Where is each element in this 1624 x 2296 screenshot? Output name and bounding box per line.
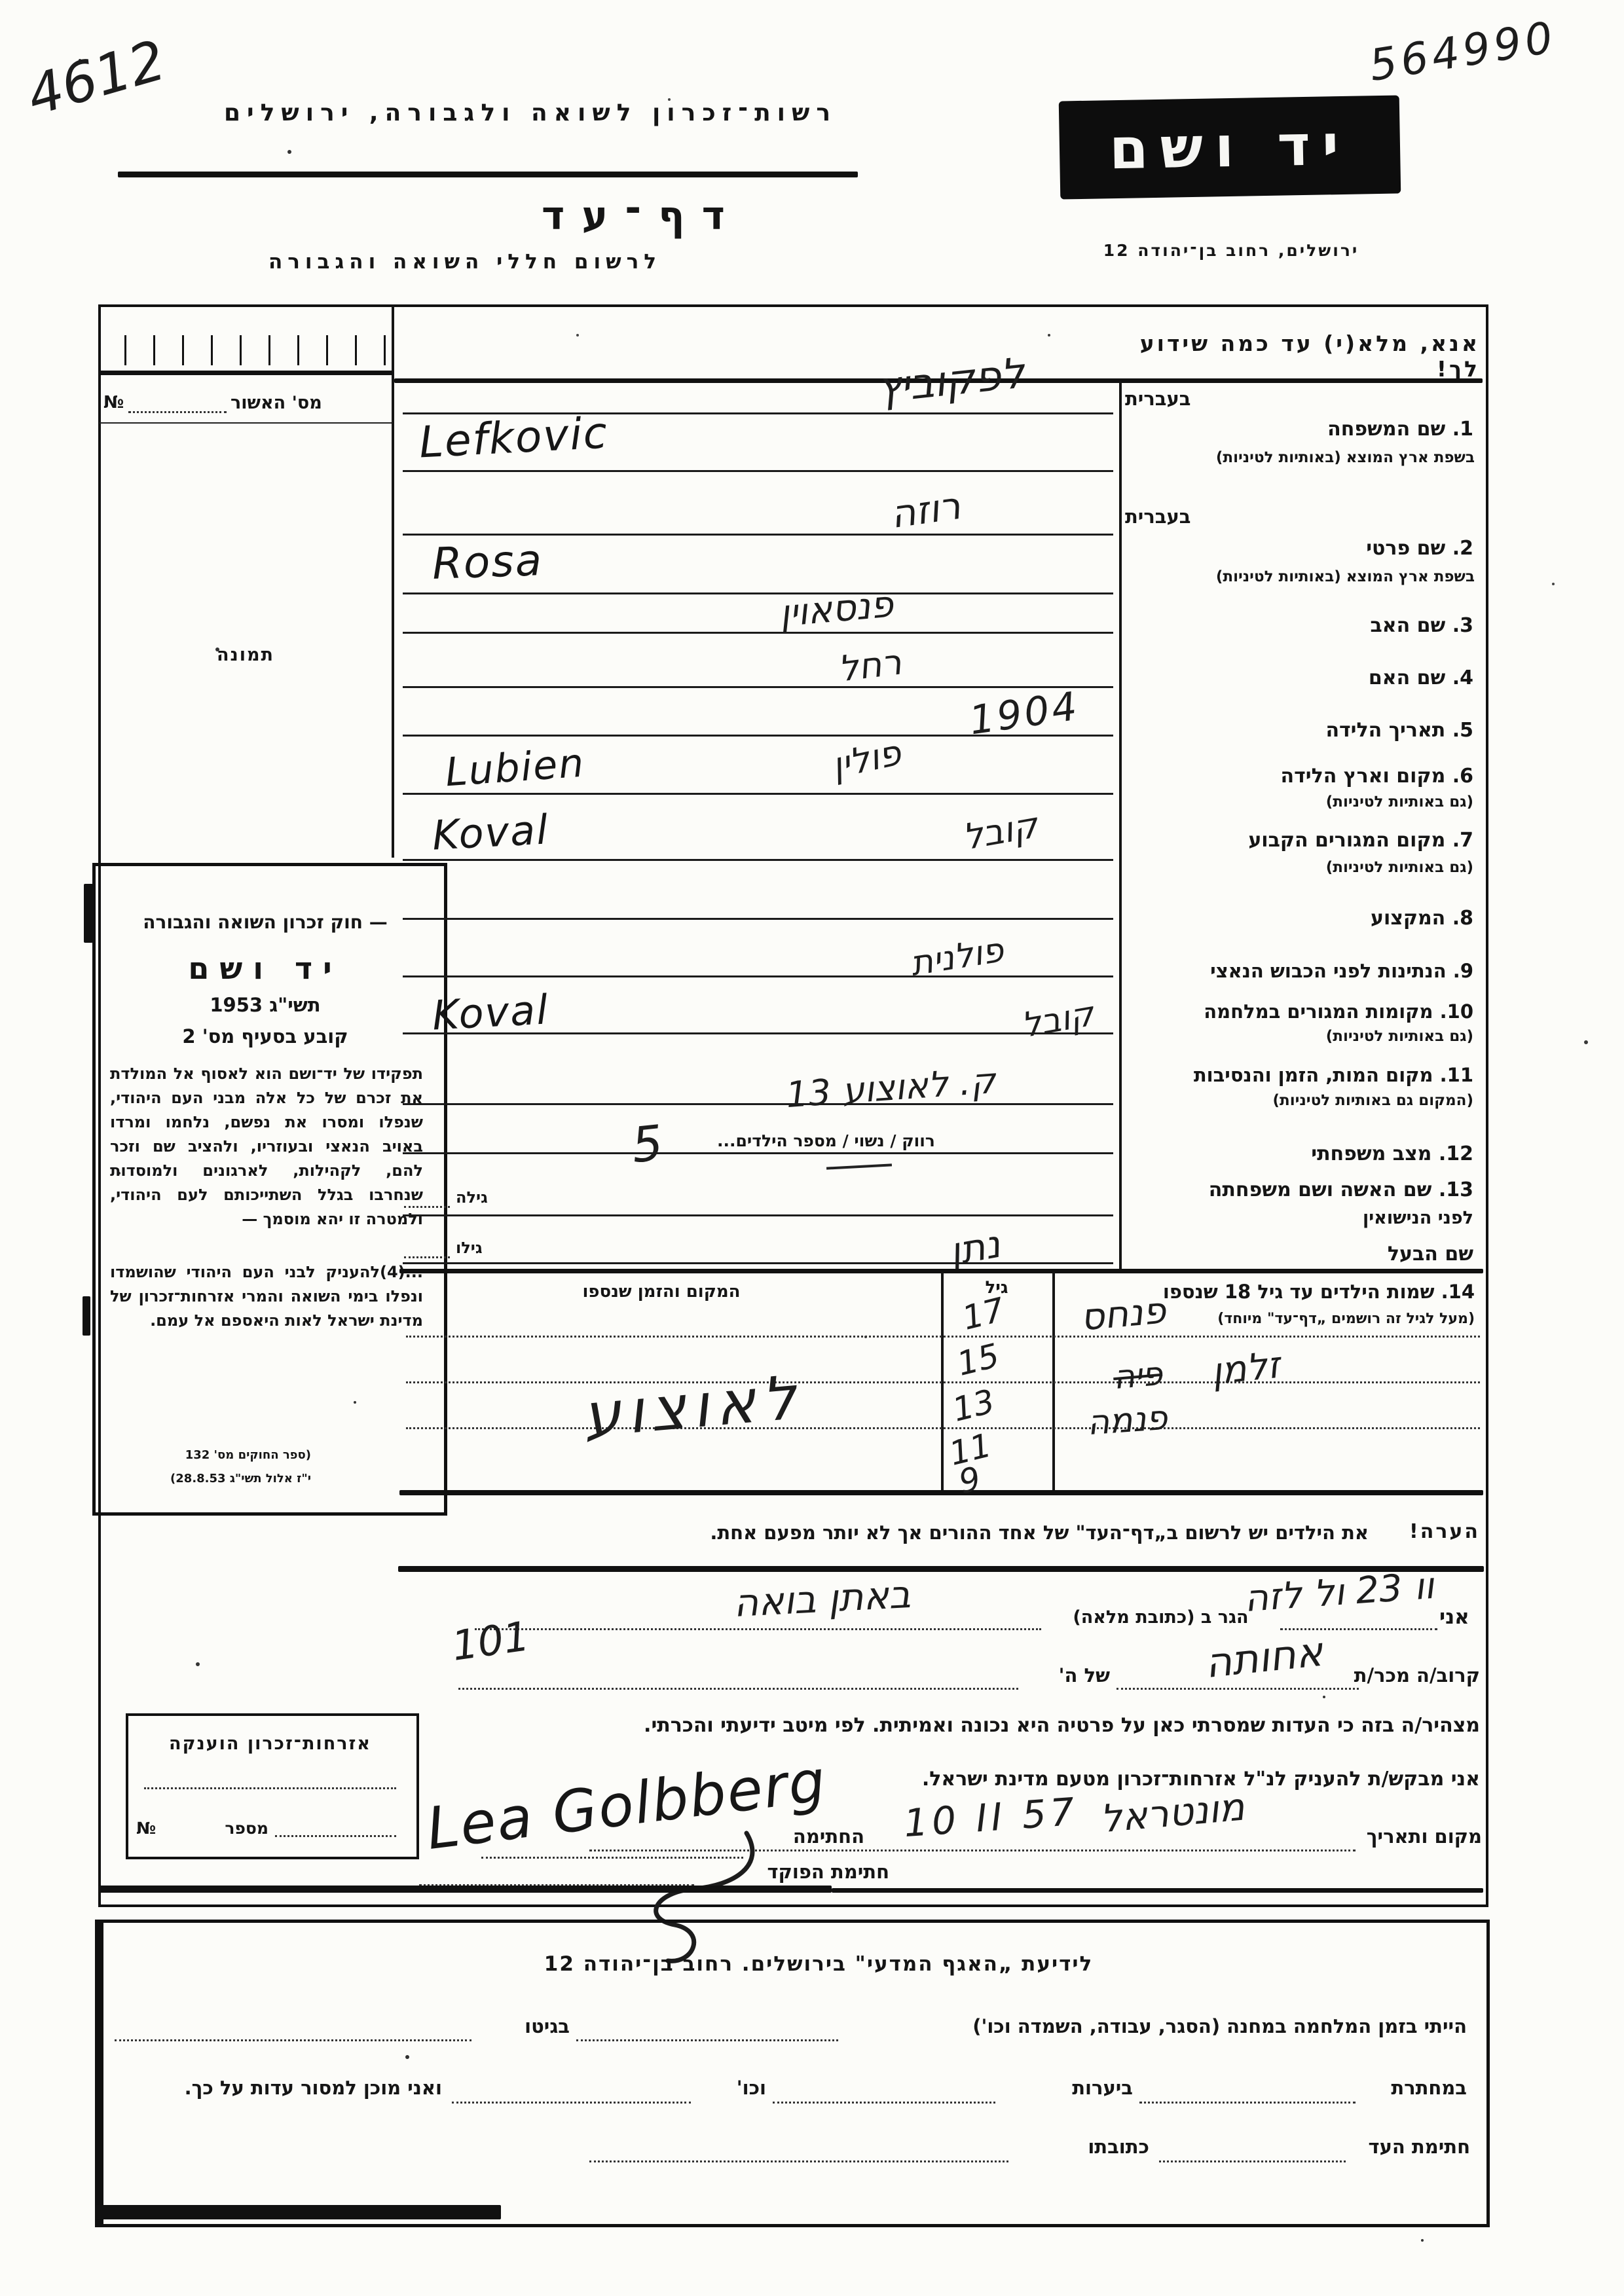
authority-title: רשות־זכרון לשואה ולגבורה, ירושלים	[177, 100, 884, 126]
hw-war-residence-latin: Koval	[431, 985, 550, 1039]
registry-number-topleft: 4612	[20, 27, 173, 128]
bottom-line2-b: ביערות	[1002, 2077, 1133, 2099]
bottom-line1-blank2	[115, 2020, 471, 2041]
approval-row-rule	[100, 403, 392, 424]
field2-sublabel: בשפת ארץ המוצא (באותיות לטיניות)	[1125, 568, 1475, 585]
hw-husband-name: נתן	[946, 1222, 1004, 1274]
field6-label: 6. מקום וארץ הלידה	[1126, 765, 1473, 788]
bottom-line2-c: וכו'	[697, 2077, 766, 2099]
law-year: תשי"ג 1953	[101, 994, 429, 1016]
field3-label: 3. שם האב	[1126, 614, 1473, 637]
hw-child-name-1: פנחס	[1079, 1289, 1167, 1339]
field3-line	[403, 632, 1113, 634]
field11-line	[403, 1103, 1113, 1105]
field1-lang-label: בעברית	[1125, 388, 1191, 410]
scan-blob-left-2	[83, 1296, 90, 1336]
field7-sublabel: (גם באותיות לטיניות)	[1126, 859, 1473, 876]
relation-blank-2	[458, 1668, 1018, 1690]
field8-line	[403, 918, 1113, 920]
field2-line-he	[403, 534, 1113, 536]
field1-label: 1. שם המשפחה	[1126, 418, 1473, 441]
hw-first-name-latin: Rosa	[432, 535, 544, 589]
hw-declarant-address: באתן בואה	[732, 1572, 912, 1626]
grant-number-label: מספר	[196, 1819, 268, 1838]
field7-label: 7. מקום המגורים הקבוע	[1126, 829, 1473, 852]
fill-request: אנא, מלא(י) עד כמה שידוע לך!	[1113, 331, 1480, 382]
children-row-line-1	[406, 1336, 1480, 1338]
marital-options: רווק / נשוי / מספר הילדים...	[717, 1131, 1008, 1150]
field1-line-latin	[403, 470, 1113, 472]
declarant-address-label: הגר ב (כתובת מלאה)	[1044, 1607, 1277, 1628]
yad-vashem-logo: יד ושם	[1059, 95, 1401, 199]
declaration-statement-1: מצהיר/ה בזה כי העדות שמסרתי כאן על פרטיה…	[458, 1714, 1480, 1737]
bottom-line1-b: בגיטו	[478, 2015, 570, 2037]
scan-blob-bottom-left	[95, 2205, 501, 2219]
law-section: קובע בסעיף מס' 2	[101, 1025, 429, 1048]
photo-box-right-border	[392, 304, 394, 858]
field10-label: 10. מקומות המגורים במלחמה	[1126, 1000, 1473, 1023]
bottom-line2-d: ואני מוכן למסור עדות על כך.	[108, 2077, 442, 2099]
field6-sublabel: (גם באותיות לטיניות)	[1126, 793, 1473, 811]
law-source-1: (ספר החוקים מס' 132	[115, 1448, 311, 1462]
field2-lang-label: בעברית	[1125, 505, 1191, 528]
law-paragraph-1: תפקידו של יד־ושם הוא לאסוף אל המולדת את …	[110, 1062, 423, 1231]
photo-placeholder-label: תמונה	[164, 645, 327, 665]
field9-line	[403, 975, 1113, 977]
relation-of-label: של ה'	[1025, 1664, 1110, 1686]
perforation-ticks	[124, 335, 413, 368]
bottom-line2-blank3	[452, 2082, 691, 2104]
children-row-line-2	[406, 1381, 1480, 1383]
main-bottom-rule-right	[832, 1888, 1483, 1893]
law-name: יד ושם	[101, 951, 429, 986]
wife-age-label: גילה	[456, 1188, 488, 1207]
hw-birth-place-latin: Lubien	[444, 740, 587, 796]
declaration-statement-2: אני מבקש/ת להעניק לנ"ל אזרחות־זכרון מטעם…	[812, 1768, 1480, 1791]
law-title: — חוק זכרון השואה והגבורה	[101, 911, 429, 933]
field8-label: 8. המקצוע	[1126, 907, 1473, 930]
field2-label: 2. שם פרטי	[1126, 537, 1473, 560]
hw-mother-name: רחל	[836, 641, 904, 689]
husband-line	[403, 1262, 1113, 1264]
bottom-line2-blank2	[773, 2082, 995, 2104]
bottom-line3-blank1	[1159, 2141, 1346, 2162]
note-bold: הערה!	[1388, 1520, 1480, 1543]
place-date-label: מקום ותאריך	[1361, 1825, 1482, 1848]
bottom-line3-blank2	[589, 2141, 1008, 2162]
husband-label: שם הבעל	[1126, 1243, 1473, 1266]
field6-line	[403, 793, 1113, 795]
hw-child-name-2-struck: פיה	[1112, 1355, 1164, 1396]
field5-label: 5. תאריך הלידה	[1126, 719, 1473, 742]
logo-address: ירושלים, רחוב בן־יהודה 12	[1048, 241, 1414, 260]
main-bottom-rule-left	[98, 1886, 832, 1893]
scanned-testimony-page: 4612 564990 רשות־זכרון לשואה ולגבורה, יר…	[0, 0, 1624, 2296]
children-row-line-3	[406, 1427, 1480, 1429]
hw-child-name-2: זלמן	[1209, 1344, 1282, 1394]
field2-line-latin	[403, 592, 1113, 594]
bottom-line1-a: הייתי בזמן המלחמה במחנה (הסגר, עבודה, הש…	[841, 2015, 1467, 2037]
children-table-bottom-rule	[399, 1490, 1483, 1495]
hw-residence-latin: Koval	[431, 805, 550, 859]
bottom-box-title: לידיעת „האגף המדעי" בירושלים. רחוב בן־יה…	[458, 1952, 1179, 1976]
ticks-rule	[100, 371, 393, 375]
hw-children-count: 5	[629, 1115, 666, 1174]
field13-line	[403, 1214, 1113, 1216]
field1-sublabel: בשפת ארץ המוצא (באותיות לטיניות)	[1125, 449, 1475, 466]
hw-family-name-latin: Lefkovic	[418, 407, 610, 467]
field10-sublabel: (גם באותיות לטיניות)	[1126, 1028, 1473, 1045]
declarant-i-label: אני	[1439, 1605, 1469, 1629]
field4-line	[403, 686, 1113, 688]
bottom-line2-a: במחתרת	[1362, 2077, 1467, 2099]
husband-age-label: גילו	[456, 1239, 483, 1257]
law-paragraph-2: ...(4)להעניק לבני העם היהודי שהושמדו ונפ…	[110, 1260, 423, 1333]
wife-age-dots	[404, 1189, 450, 1208]
form-title: דף־עד	[458, 193, 825, 239]
grant-box-title: אזרחות־זכרון הוענקה	[134, 1734, 406, 1754]
form-subtitle: לרשום חללי השואה והגבורה	[236, 250, 694, 274]
hw-child-name-4: פנמה	[1086, 1398, 1168, 1443]
grant-number-symbol: №	[136, 1819, 156, 1838]
bottom-line3-b: כתובתו	[1018, 2136, 1149, 2158]
children-place-header: המקום והזמן שנספו	[498, 1282, 825, 1302]
bottom-line3-a: חתימת העד	[1352, 2136, 1470, 2158]
grant-box-line	[144, 1768, 396, 1789]
field12-line	[403, 1152, 1113, 1154]
label-column-divider	[1119, 381, 1122, 1271]
field11-label: 11. מקום המות, הזמן והנסיבות	[1126, 1064, 1473, 1086]
field13-label: 13. שם האשה ושם משפחתה	[1126, 1178, 1473, 1201]
note-bottom-rule	[398, 1566, 1484, 1572]
relation-blank-1	[1116, 1668, 1359, 1690]
field9-label: 9. הנתינות לפני הכבוש הנאצי	[1126, 960, 1473, 982]
husband-age-dots	[404, 1239, 450, 1258]
bottom-line1-blank1	[576, 2020, 838, 2041]
field12-label: 12. מצב משפחתי	[1126, 1142, 1473, 1165]
field11-sublabel: (המקום גם באותיות לטיניות)	[1126, 1092, 1473, 1109]
registry-number-topright: 564990	[1366, 12, 1560, 91]
relation-label: קרוב/ה מכר/ת	[1349, 1664, 1480, 1686]
grant-number-line	[275, 1817, 396, 1837]
field7-line	[403, 859, 1113, 861]
scan-blob-left-1	[84, 884, 93, 943]
bottom-line2-blank1	[1139, 2082, 1356, 2104]
header-rule	[118, 172, 858, 177]
law-source-2: י"ז אלול תשי"ג 28.8.53)	[108, 1472, 311, 1485]
field13-label2: לפני הנישואין	[1126, 1208, 1473, 1228]
field4-label: 4. שם האם	[1126, 666, 1473, 689]
note-text: את הילדים יש לרשום ב„דף־העד" של אחד ההור…	[452, 1522, 1369, 1544]
